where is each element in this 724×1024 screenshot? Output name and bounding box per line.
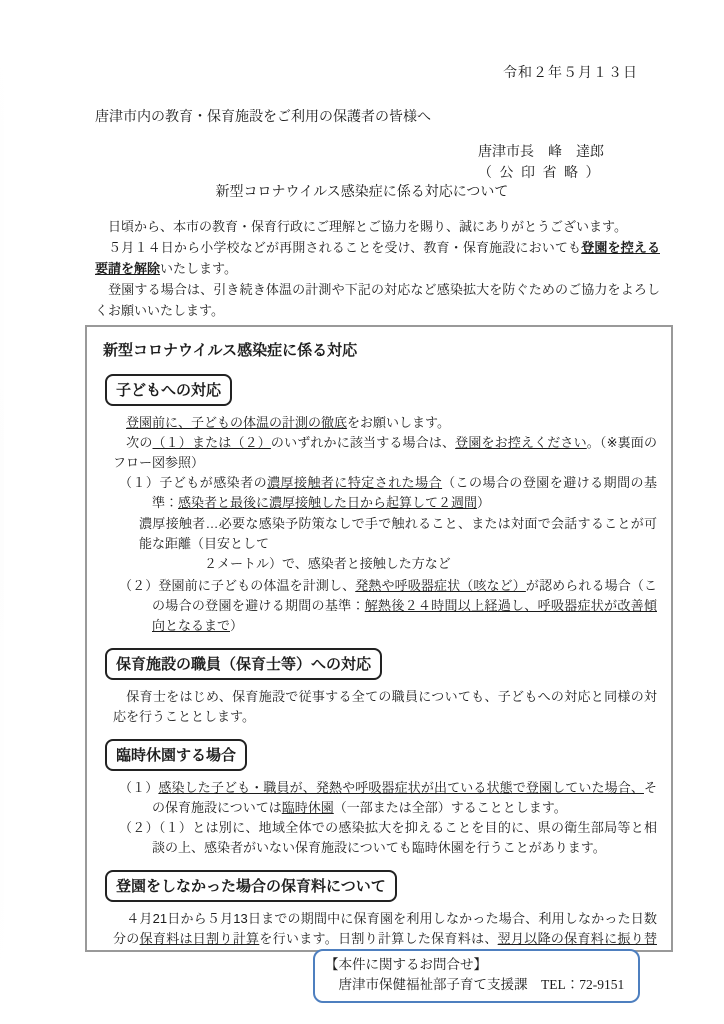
notice-box-title: 新型コロナウイルス感染症に係る対応 xyxy=(103,339,657,360)
notice-box: 新型コロナウイルス感染症に係る対応 子どもへの対応 登園前に、子どもの体温の計測… xyxy=(85,325,673,952)
section3-item-2: （２）（１）とは別に、地域全体での感染拡大を抑えることを目的に、県の衛生部局等と… xyxy=(119,818,657,858)
section1-item-1: （１）子どもが感染者の濃厚接触者に特定された場合（この場合の登園を避ける期間の基… xyxy=(119,473,657,513)
contact-line: 唐津市保健福祉部子育て支援課 TEL：72-9151 xyxy=(325,975,628,995)
section1-paragraph-1: 登園前に、子どもの体温の計測の徹底をお願いします。 xyxy=(113,413,657,433)
contact-box: 【本件に関するお問合せ】 唐津市保健福祉部子育て支援課 TEL：72-9151 xyxy=(313,949,640,1003)
intro-paragraphs: 日頃から、本市の教育・保育行政にご理解とご協力を賜り、誠にありがとうございます。… xyxy=(95,216,660,321)
document-subject: 新型コロナウイルス感染症に係る対応について xyxy=(0,181,724,201)
document-page: { "colors":{ "notice_border":"#999999", … xyxy=(0,0,724,1024)
recipient-line: 唐津市内の教育・保育施設をご利用の保護者の皆様へ xyxy=(95,106,431,126)
seal-omitted-note: （ 公 印 省 略 ） xyxy=(478,162,602,182)
intro-paragraph-1: 日頃から、本市の教育・保育行政にご理解とご協力を賜り、誠にありがとうございます。 xyxy=(95,216,660,237)
scan-artifact-edge xyxy=(0,0,4,1024)
section1-item-2: （２）登園前に子どもの体温を計測し、発熱や呼吸器症状（咳など）が認められる場合（… xyxy=(119,576,657,636)
section1-paragraph-2: 次の（１）または（２）のいずれかに該当する場合は、登園をお控えください。（※裏面… xyxy=(113,433,657,473)
section4-paragraph-1: ４月21日から５月13日までの期間中に保育園を利用しなかった場合、利用しなかった… xyxy=(113,909,657,952)
sender-name: 唐津市長 峰 達郎 xyxy=(478,141,604,161)
section-label-childcare-fees: 登園をしなかった場合の保育料について xyxy=(105,870,397,902)
section2-paragraph-1: 保育士をはじめ、保育施設で従事する全ての職員についても、子どもへの対応と同様の対… xyxy=(113,687,657,727)
intro-paragraph-2: ５月１４日から小学校などが再開されることを受け、教育・保育施設においても登園を控… xyxy=(95,237,660,279)
contact-title: 【本件に関するお問合せ】 xyxy=(325,955,628,975)
section-label-temporary-closure: 臨時休園する場合 xyxy=(105,739,247,771)
section3-item-1: （１）感染した子ども・職員が、発熱や呼吸器症状が出ている状態で登園していた場合、… xyxy=(119,778,657,818)
date-line: 令和２年５月１３日 xyxy=(503,62,638,82)
intro-paragraph-3: 登園する場合は、引き続き体温の計測や下記の対応など感染拡大を防ぐためのご協力をよ… xyxy=(95,279,660,321)
close-contact-note-line-1: 濃厚接触者…必要な感染予防策なしで手で触れること、または対面で会話することが可能… xyxy=(139,514,657,554)
section-label-staff-response: 保育施設の職員（保育士等）への対応 xyxy=(105,648,382,680)
section-label-children-response: 子どもへの対応 xyxy=(105,374,232,406)
close-contact-note-line-2: ２メートル）で、感染者と接触した方など xyxy=(204,554,657,574)
